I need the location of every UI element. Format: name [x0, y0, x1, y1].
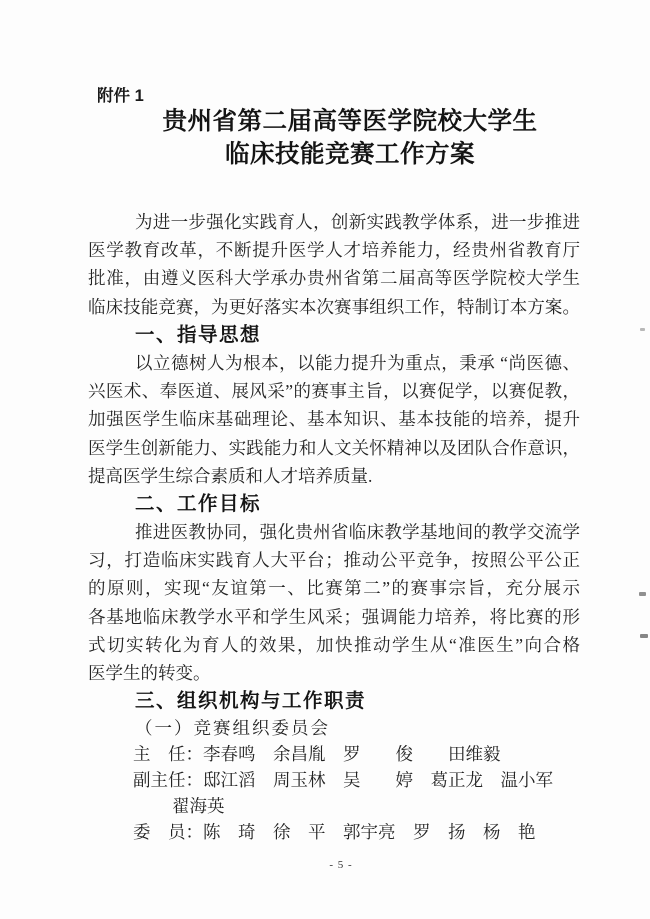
- paragraph-line: 各基地临床教学水平和学生风采；强调能力培养，将比赛的形: [88, 603, 580, 631]
- attachment-label: 附件 1: [97, 82, 144, 106]
- paragraph-line: 以立德树人为根本，以能力提升为重点，秉承 “尚医德、: [88, 349, 580, 377]
- committee-names: 邸江滔 周玉林 吴 婷 葛正龙 温小军: [203, 770, 553, 790]
- paragraph-line: 医学生的转变。: [88, 659, 580, 687]
- section-heading-3: 三、组织机构与工作职责: [88, 687, 580, 715]
- paragraph-line: 习，打造临床实践育人大平台；推动公平竞争，按照公平公正: [88, 546, 580, 574]
- document-page: 附件 1 贵州省第二届高等医学院校大学生 临床技能竞赛工作方案 为进一步强化实践…: [0, 0, 650, 919]
- paragraph-line: 式切实转化为育人的效果，加快推动学生从“准医生”向合格: [88, 631, 580, 659]
- paragraph-line: 推进医教协同，强化贵州省临床教学基地间的教学交流学: [88, 518, 580, 546]
- paragraph-line: 为进一步强化实践育人，创新实践教学体系，进一步推进: [88, 208, 580, 236]
- paragraph-line: 临床技能竞赛，为更好落实本次赛事组织工作，特制订本方案。: [88, 293, 580, 321]
- committee-row-vice-chair: 副主任：邸江滔 周玉林 吴 婷 葛正龙 温小军: [88, 767, 580, 793]
- paragraph-line: 的原则，实现“友谊第一、比赛第二”的赛事宗旨，充分展示: [88, 574, 580, 602]
- committee-role-label: 委 员：: [133, 822, 203, 842]
- subsection-heading: （一）竞赛组织委员会: [88, 715, 580, 741]
- paragraph-line: 加强医学生临床基础理论、基本知识、基本技能的培养，提升: [88, 405, 580, 433]
- document-body: 为进一步强化实践育人，创新实践教学体系，进一步推进 医学教育改革，不断提升医学人…: [88, 208, 580, 845]
- committee-row-vice-chair-continuation: 翟海英: [88, 793, 580, 819]
- paragraph-line: 医学生创新能力、实践能力和人文关怀精神以及团队合作意识，: [88, 434, 580, 462]
- document-title: 贵州省第二届高等医学院校大学生 临床技能竞赛工作方案: [50, 106, 650, 171]
- paragraph-line: 兴医术、奉医道、展风采”的赛事主旨，以赛促学，以赛促教，: [88, 377, 580, 405]
- edge-mark-middle: [639, 592, 646, 596]
- title-line-1: 贵州省第二届高等医学院校大学生: [50, 106, 650, 139]
- edge-mark-bottom: [640, 634, 648, 638]
- page-number: - 5 -: [16, 859, 650, 871]
- paragraph-line: 批准，由遵义医科大学承办贵州省第二届高等医学院校大学生: [88, 264, 580, 292]
- committee-row-chair: 主 任：李春鸣 余昌胤 罗 俊 田维毅: [88, 741, 580, 767]
- committee-role-label: 副主任：: [133, 770, 203, 790]
- committee-role-label: 主 任：: [133, 744, 203, 764]
- section-heading-2: 二、工作目标: [88, 490, 580, 518]
- title-line-2: 临床技能竞赛工作方案: [50, 139, 650, 172]
- committee-names: 陈 琦 徐 平 郭宇亮 罗 扬 杨 艳: [203, 822, 536, 842]
- committee-row-members: 委 员：陈 琦 徐 平 郭宇亮 罗 扬 杨 艳: [88, 819, 580, 845]
- edge-mark-top: [640, 328, 645, 331]
- section-heading-1: 一、指导思想: [88, 321, 580, 349]
- committee-names: 李春鸣 余昌胤 罗 俊 田维毅: [203, 744, 501, 764]
- paragraph-line: 提高医学生综合素质和人才培养质量.: [88, 462, 580, 490]
- paragraph-line: 医学教育改革，不断提升医学人才培养能力，经贵州省教育厅: [88, 236, 580, 264]
